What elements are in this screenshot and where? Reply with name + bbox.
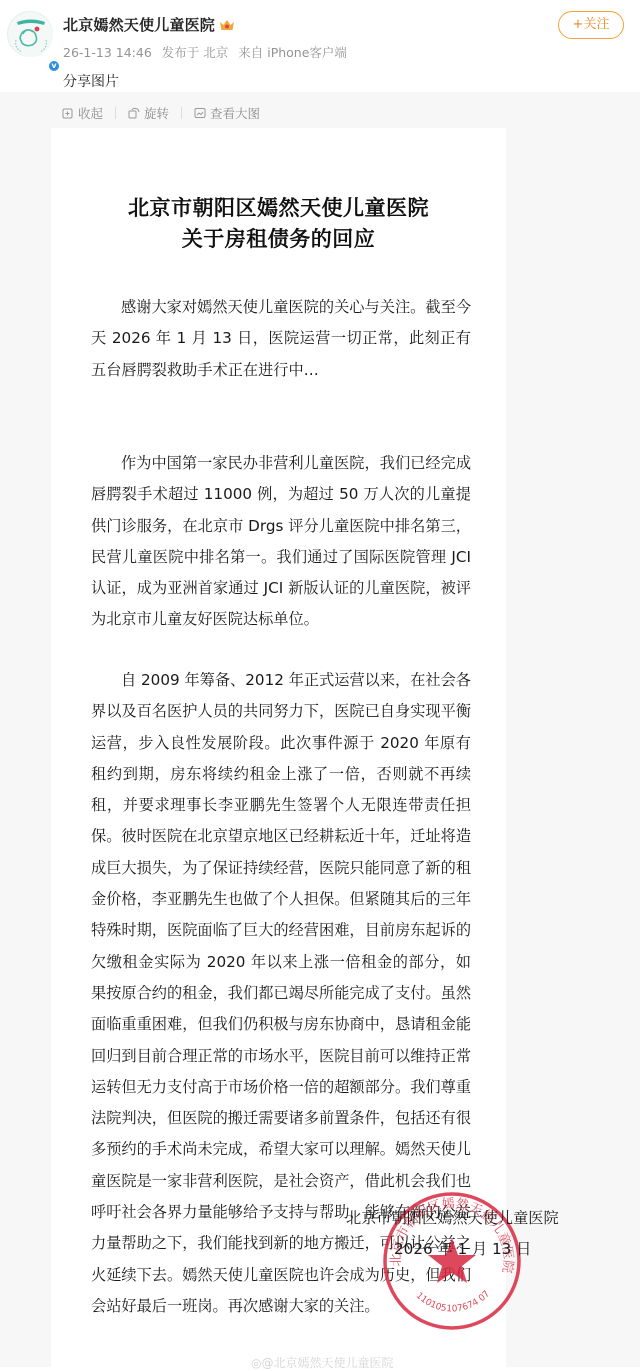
toolbar-divider [181, 107, 182, 119]
user-name[interactable]: 北京嫣然天使儿童医院 [63, 14, 235, 35]
rotate-label[interactable]: 旋转 [144, 104, 169, 122]
post-location: 发布于 北京 [162, 45, 228, 60]
weibo-logo-icon: ◎ [251, 1356, 261, 1367]
signature-date: 2026 年 1 月 13 日 [394, 1238, 531, 1259]
document-title-line1: 北京市朝阳区嫣然天使儿童医院 [51, 192, 506, 222]
image-toolbar: 收起 旋转 查看大图 [62, 104, 260, 122]
verified-badge-icon: v [47, 59, 61, 73]
paragraph-text: 感谢大家对嫣然天使儿童医院的关心与关注。截至今天 2026 年 1 月 13 日… [91, 298, 471, 379]
document-paragraph-2: 作为中国第一家民办非营利儿童医院，我们已经完成唇腭裂手术超过 11000 例，为… [91, 448, 471, 636]
hospital-logo-icon [8, 12, 54, 58]
shared-image[interactable]: 北京市朝阳区嫣然天使儿童医院 关于房租债务的回应 感谢大家对嫣然天使儿童医院的关… [51, 128, 506, 1367]
rotate-button[interactable]: 旋转 [128, 104, 169, 122]
svg-text:110105107674 07: 110105107674 07 [414, 1289, 492, 1314]
collapse-label[interactable]: 收起 [78, 104, 103, 122]
collapse-icon [62, 107, 74, 119]
weibo-watermark: ◎@北京嫣然天使儿童医院 [251, 1354, 394, 1367]
avatar[interactable]: v [7, 11, 53, 57]
user-name-label[interactable]: 北京嫣然天使儿童医院 [63, 16, 215, 34]
collapse-button[interactable]: 收起 [62, 104, 103, 122]
crown-badge-icon [219, 18, 235, 32]
rotate-icon [128, 107, 140, 119]
post-timestamp: 26-1-13 14:46 [63, 45, 152, 60]
post-meta: 26-1-13 14:46 发布于 北京 来自 iPhone客户端 [63, 43, 353, 61]
watermark-text: @北京嫣然天使儿童医院 [261, 1356, 393, 1367]
view-large-button[interactable]: 查看大图 [194, 104, 260, 122]
document-paragraph-1: 感谢大家对嫣然天使儿童医院的关心与关注。截至今天 2026 年 1 月 13 日… [91, 292, 471, 386]
image-viewer: 收起 旋转 查看大图 北京市朝阳区嫣然天使儿童医院 关于房租债务的回应 感谢大家… [0, 92, 640, 1367]
view-large-icon [194, 107, 206, 119]
post-source: 来自 iPhone客户端 [238, 45, 347, 60]
view-large-label[interactable]: 查看大图 [210, 104, 260, 122]
post-text: 分享图片 [63, 71, 119, 91]
document-title-line2: 关于房租债务的回应 [51, 223, 506, 253]
toolbar-divider [115, 107, 116, 119]
signature-org: 北京市朝阳区嫣然天使儿童医院 [346, 1207, 559, 1228]
paragraph-text: 作为中国第一家民办非营利儿童医院，我们已经完成唇腭裂手术超过 11000 例，为… [91, 454, 471, 628]
post-header: v 北京嫣然天使儿童医院 26-1-13 14:46 发布于 北京 来自 iPh… [0, 0, 640, 92]
follow-button[interactable]: +关注 [558, 11, 624, 39]
